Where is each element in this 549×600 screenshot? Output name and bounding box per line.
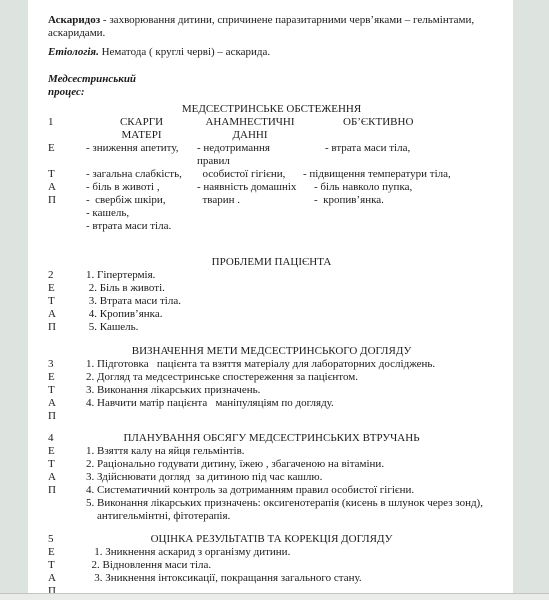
stage-letter: Е (48, 371, 86, 384)
stage-letter: П (48, 484, 86, 497)
nursing-process-label-line2: процес: (48, 86, 495, 99)
row-text: 5. Виконання лікарських призначень: окси… (86, 497, 495, 510)
objective-cell: - втрата маси тіла, (303, 142, 495, 168)
assessment-row: Е - зниження апетиту, - недотримання пра… (48, 142, 495, 168)
document-page: Аскаридоз - захворювання дитини, спричин… (28, 0, 513, 593)
row-text: 3. Втрата маси тіла. (86, 295, 495, 308)
definition-line-2: аскаридами. (48, 27, 105, 39)
complaints-cell: - зниження апетиту, (86, 142, 197, 168)
row-text: антигельмінтні, фітотерапія. (86, 510, 495, 523)
definition-line-1: Аскаридоз - захворювання дитини, спричин… (48, 14, 474, 26)
stage-letter: А (48, 572, 86, 585)
complaints-cell: - загальна слабкість, (86, 168, 197, 181)
row-text: 2. Біль в животі. (86, 282, 495, 295)
problems-row: А 4. Кропив’янка. (48, 308, 495, 321)
evaluation-row: Е 1. Зникнення аскарид з організму дитин… (48, 546, 495, 559)
page-bottom-strip (0, 593, 549, 600)
planning-row: Т 2. Раціонально годувати дитину, їжею ,… (48, 458, 495, 471)
assessment-row: А - біль в животі , - наявність домашніх… (48, 181, 495, 194)
complaints-cell: - втрата маси тіла. (86, 220, 197, 233)
stage-number: 5 (48, 533, 86, 546)
row-text: 2. Догляд та медсестринське спостереженн… (86, 371, 495, 384)
assessment-row: П - свербіж шкіри, тварин . - кропив’янк… (48, 194, 495, 207)
etiology-paragraph: Етіологія. Нематода ( круглі черві) – ас… (48, 46, 495, 59)
row-text: 5. Кашель. (86, 321, 495, 334)
goals-row: 3 1. Підготовка пацієнта та взяття матер… (48, 358, 495, 371)
column-header-objective-2 (303, 129, 495, 142)
planning-heading-row: 4 ПЛАНУВАННЯ ОБСЯГУ МЕДСЕСТРИНСЬКИХ ВТРУ… (48, 432, 495, 445)
planning-heading: ПЛАНУВАННЯ ОБСЯГУ МЕДСЕСТРИНСЬКИХ ВТРУЧА… (48, 432, 495, 445)
stage-letter: А (48, 308, 86, 321)
stage-letter (48, 510, 86, 523)
column-header-anamnesis-2: ДАННІ (197, 129, 303, 142)
assessment-header-row-1: 1 СКАРГИ АНАМНЕСТИЧНІ ОБ’ЄКТИВНО (48, 116, 495, 129)
anamnesis-cell (197, 220, 303, 233)
definition-paragraph: Аскаридоз - захворювання дитини, спричин… (48, 14, 495, 40)
assessment-row: Т - загальна слабкість, особистої гігієн… (48, 168, 495, 181)
row-text: 1. Гіпертермія. (86, 269, 495, 282)
problems-row: 2 1. Гіпертермія. (48, 269, 495, 282)
planning-row: 5. Виконання лікарських призначень: окси… (48, 497, 495, 510)
goals-row: А 4. Навчити матір пацієнта маніпуляціям… (48, 397, 495, 410)
row-text: 2. Раціонально годувати дитину, їжею , з… (86, 458, 495, 471)
stage-letter: Т (48, 458, 86, 471)
row-text: 1. Підготовка пацієнта та взяття матеріа… (86, 358, 495, 371)
stage-letter: П (48, 410, 86, 423)
stage-letter: П (48, 321, 86, 334)
complaints-cell: - біль в животі , (86, 181, 197, 194)
anamnesis-cell: - недотримання правил (197, 142, 303, 168)
row-text (86, 410, 495, 423)
problems-row: Т 3. Втрата маси тіла. (48, 295, 495, 308)
stage-letter: Е (48, 546, 86, 559)
evaluation-row: Т 2. Відновлення маси тіла. (48, 559, 495, 572)
nursing-process-label-line1: Медсестринський (48, 73, 495, 86)
assessment-header-row-2: МАТЕРІ ДАННІ (48, 129, 495, 142)
row-text: 3. Зникнення інтоксикації, покращання за… (86, 572, 495, 585)
stage-letter: Т (48, 295, 86, 308)
stage-letter (48, 207, 86, 220)
goals-heading: ВИЗНАЧЕННЯ МЕТИ МЕДСЕСТРИНСЬКОГО ДОГЛЯДУ (48, 345, 495, 358)
stage-letter: Т (48, 384, 86, 397)
objective-cell: - кропив’янка. (303, 194, 495, 207)
anamnesis-cell: - наявність домашніх (197, 181, 303, 194)
stage-letter: 2 (48, 269, 86, 282)
definition-text: - захворювання дитини, спричинене парази… (100, 14, 474, 26)
objective-cell (303, 220, 495, 233)
stage-number: 3 (48, 358, 86, 371)
term-ascaridosis: Аскаридоз (48, 14, 100, 26)
assessment-table: 1 СКАРГИ АНАМНЕСТИЧНІ ОБ’ЄКТИВНО МАТЕРІ … (48, 116, 495, 233)
column-header-complaints-2: МАТЕРІ (86, 129, 197, 142)
stage-letter: А (48, 397, 86, 410)
row-text: 4. Кропив’янка. (86, 308, 495, 321)
objective-cell: - біль навколо пупка, (303, 181, 495, 194)
row-text: 4. Систематичний контроль за дотриманням… (86, 484, 495, 497)
row-text: 2. Відновлення маси тіла. (86, 559, 495, 572)
assessment-row: - втрата маси тіла. (48, 220, 495, 233)
stage-letter: А (48, 181, 86, 194)
stage-letter: Т (48, 559, 86, 572)
row-text: 4. Навчити матір пацієнта маніпуляціям п… (86, 397, 495, 410)
stage-letter: Е (48, 445, 86, 458)
evaluation-heading-row: 5 ОЦІНКА РЕЗУЛЬТАТІВ ТА КОРЕКЦІЯ ДОГЛЯДУ (48, 533, 495, 546)
problems-heading: ПРОБЛЕМИ ПАЦІЄНТА (48, 256, 495, 269)
problems-row: П 5. Кашель. (48, 321, 495, 334)
stage-number: 1 (48, 116, 86, 129)
stage-letter: П (48, 194, 86, 207)
planning-row: антигельмінтні, фітотерапія. (48, 510, 495, 523)
assessment-row: - кашель, (48, 207, 495, 220)
stage-letter (48, 220, 86, 233)
row-text: 3. Здійснювати догляд за дитиною під час… (86, 471, 495, 484)
stage-letter: Е (48, 142, 86, 168)
stage-letter (48, 497, 86, 510)
nursing-process-label: Медсестринський процес: (48, 73, 495, 99)
row-text: 1. Зникнення аскарид з організму дитини. (86, 546, 495, 559)
anamnesis-cell: особистої гігієни, (197, 168, 303, 181)
stage-letter: Е (48, 282, 86, 295)
complaints-cell: - свербіж шкіри, (86, 194, 197, 207)
objective-cell: - підвищення температури тіла, (303, 168, 495, 181)
assessment-heading: МЕДСЕСТРИНСЬКЕ ОБСТЕЖЕННЯ (48, 103, 495, 116)
column-header-complaints: СКАРГИ (86, 116, 197, 129)
goals-row: П (48, 410, 495, 423)
goals-row: Т 3. Виконання лікарських призначень. (48, 384, 495, 397)
anamnesis-cell: тварин . (197, 194, 303, 207)
row-text: 1. Взяття калу на яйця гельмінтів. (86, 445, 495, 458)
column-header-objective: ОБ’ЄКТИВНО (303, 116, 495, 129)
anamnesis-cell (197, 207, 303, 220)
stage-letter: А (48, 471, 86, 484)
stage-number: 4 (48, 432, 86, 445)
planning-row: А 3. Здійснювати догляд за дитиною під ч… (48, 471, 495, 484)
evaluation-row: А 3. Зникнення інтоксикації, покращання … (48, 572, 495, 585)
objective-cell (303, 207, 495, 220)
etiology-label: Етіологія. (48, 46, 99, 58)
etiology-text: Нематода ( круглі черві) – аскарида. (99, 46, 270, 58)
column-header-anamnesis: АНАМНЕСТИЧНІ (197, 116, 303, 129)
planning-row: П 4. Систематичний контроль за дотриманн… (48, 484, 495, 497)
planning-row: Е 1. Взяття калу на яйця гельмінтів. (48, 445, 495, 458)
complaints-cell: - кашель, (86, 207, 197, 220)
evaluation-heading: ОЦІНКА РЕЗУЛЬТАТІВ ТА КОРЕКЦІЯ ДОГЛЯДУ (48, 533, 495, 546)
stage-letter: Т (48, 168, 86, 181)
goals-row: Е 2. Догляд та медсестринське спостереже… (48, 371, 495, 384)
problems-row: Е 2. Біль в животі. (48, 282, 495, 295)
row-text: 3. Виконання лікарських призначень. (86, 384, 495, 397)
